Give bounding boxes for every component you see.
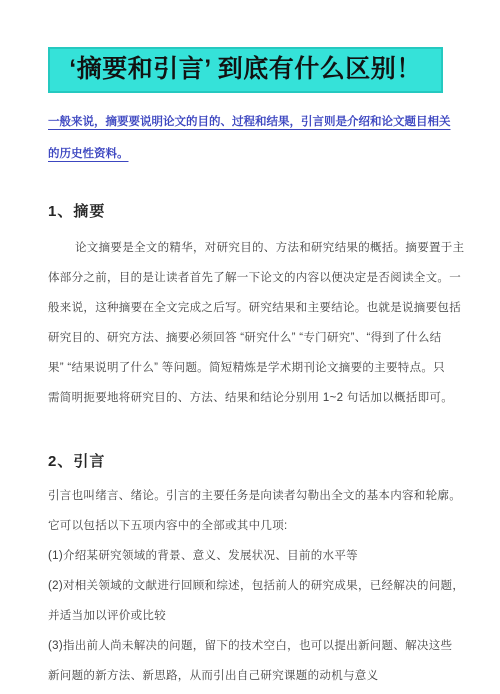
introduction-section-heading: 2、引言: [48, 450, 468, 471]
document-page: ‘摘要和引言’ 到底有什么区别！ 一般来说，摘要要说明论文的目的、过程和结果，引…: [0, 0, 500, 694]
introduction-section-paragraph: 引言也叫绪言、绪论。引言的主要任务是向读者勾勒出全文的基本内容和轮廓。 它可以包…: [48, 481, 468, 691]
intro-highlight-text: 一般来说，摘要要说明论文的目的、过程和结果，引言则是介绍和论文题目相关 的历史性…: [48, 106, 468, 170]
title-banner: ‘摘要和引言’ 到底有什么区别！: [48, 47, 443, 93]
abstract-section-heading: 1、摘要: [48, 200, 468, 221]
page-title: ‘摘要和引言’ 到底有什么区别！: [52, 54, 439, 85]
abstract-section-paragraph: 论文摘要是全文的精华，对研究目的、方法和研究结果的概括。摘要置于主 体部分之前，…: [48, 233, 468, 413]
